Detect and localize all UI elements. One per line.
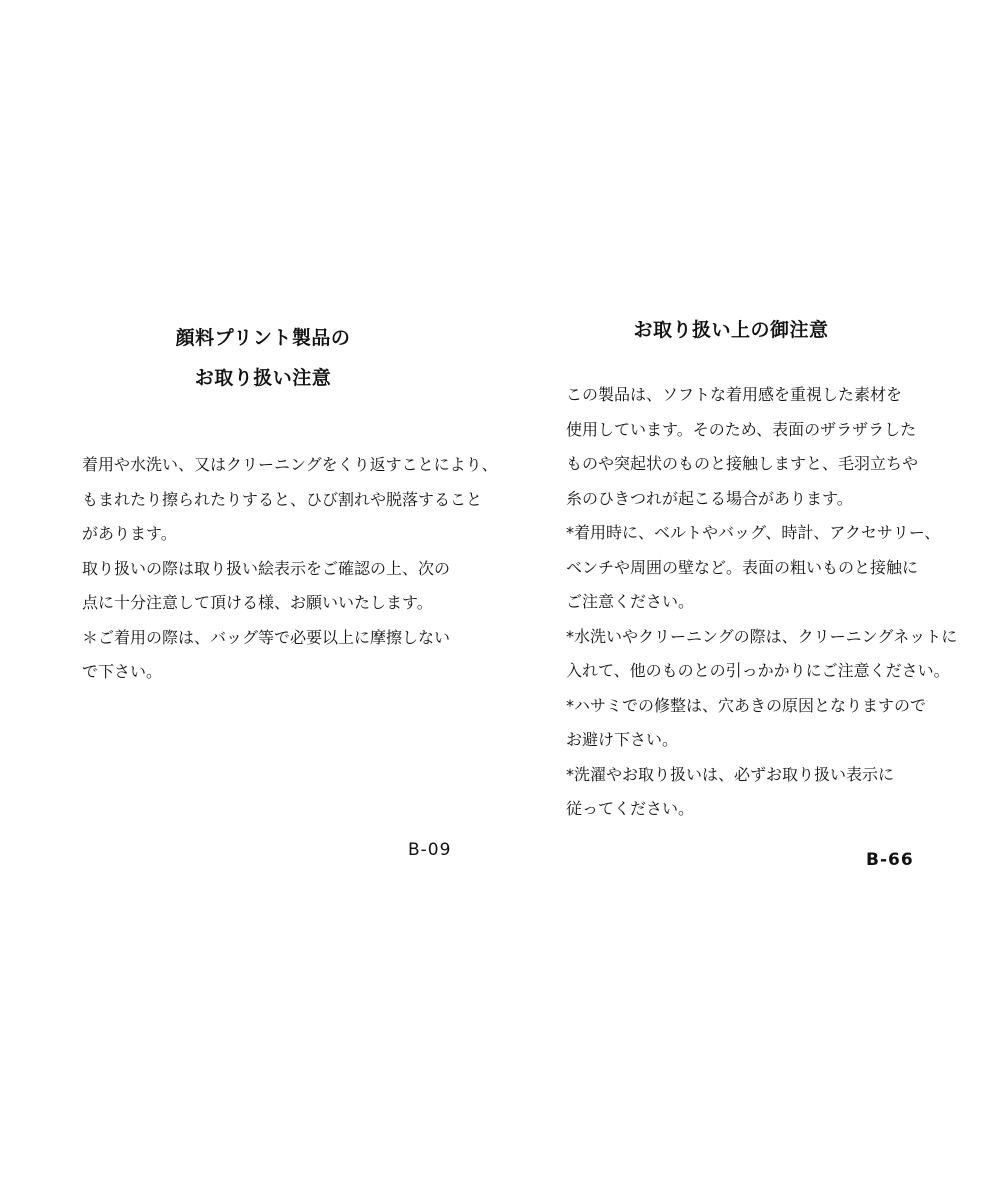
notice-title: 顔料プリント製品の お取り扱い注意	[82, 318, 444, 398]
notice-body-line: *水洗いやクリーニングの際は、クリーニングネットに	[566, 620, 946, 655]
notice-code: B-09	[408, 840, 451, 860]
notice-body-line: 従ってください。	[566, 792, 946, 827]
notice-body-line: ご注意ください。	[566, 585, 946, 620]
notice-body-line: で下さい。	[82, 655, 482, 690]
notice-body-line: 着用や水洗い、又はクリーニングをくり返すことにより、	[82, 448, 482, 483]
notice-body-line: ＊ご着用の際は、バッグ等で必要以上に摩擦しない	[82, 621, 482, 656]
notice-body: 着用や水洗い、又はクリーニングをくり返すことにより、 もまれたり擦られたりすると…	[82, 448, 482, 690]
notice-body-line: この製品は、ソフトな着用感を重視した素材を	[566, 378, 946, 413]
notice-body-line: 入れて、他のものとの引っかかりにご注意ください。	[566, 654, 946, 689]
notice-body-line: ものや突起状のものと接触しますと、毛羽立ちや	[566, 447, 946, 482]
notice-code: B-66	[866, 850, 914, 870]
notice-body-line: お避け下さい。	[566, 723, 946, 758]
notice-body: この製品は、ソフトな着用感を重視した素材を 使用しています。そのため、表面のザラ…	[566, 378, 946, 827]
handling-caution-notice: お取り扱い上の御注意 この製品は、ソフトな着用感を重視した素材を 使用しています…	[566, 310, 946, 827]
notice-title-line: お取り扱い注意	[82, 358, 444, 398]
notice-title: お取り扱い上の御注意	[561, 310, 901, 350]
pigment-print-care-notice: 顔料プリント製品の お取り扱い注意 着用や水洗い、又はクリーニングをくり返すこと…	[82, 318, 482, 690]
notice-title-line: 顔料プリント製品の	[82, 318, 444, 358]
notice-body-line: ベンチや周囲の壁など。表面の粗いものと接触に	[566, 551, 946, 586]
notice-title-line: お取り扱い上の御注意	[561, 310, 901, 350]
notice-body-line: *洗濯やお取り扱いは、必ずお取り扱い表示に	[566, 758, 946, 793]
notice-body-line: があります。	[82, 517, 482, 552]
notice-body-line: 使用しています。そのため、表面のザラザラした	[566, 413, 946, 448]
notice-body-line: もまれたり擦られたりすると、ひび割れや脱落すること	[82, 483, 482, 518]
notice-body-line: 点に十分注意して頂ける様、お願いいたします。	[82, 586, 482, 621]
notice-body-line: 取り扱いの際は取り扱い絵表示をご確認の上、次の	[82, 552, 482, 587]
notice-body-line: *ハサミでの修整は、穴あきの原因となりますので	[566, 689, 946, 724]
notice-body-line: 糸のひきつれが起こる場合があります。	[566, 482, 946, 517]
notice-body-line: *着用時に、ベルトやバッグ、時計、アクセサリー、	[566, 516, 946, 551]
